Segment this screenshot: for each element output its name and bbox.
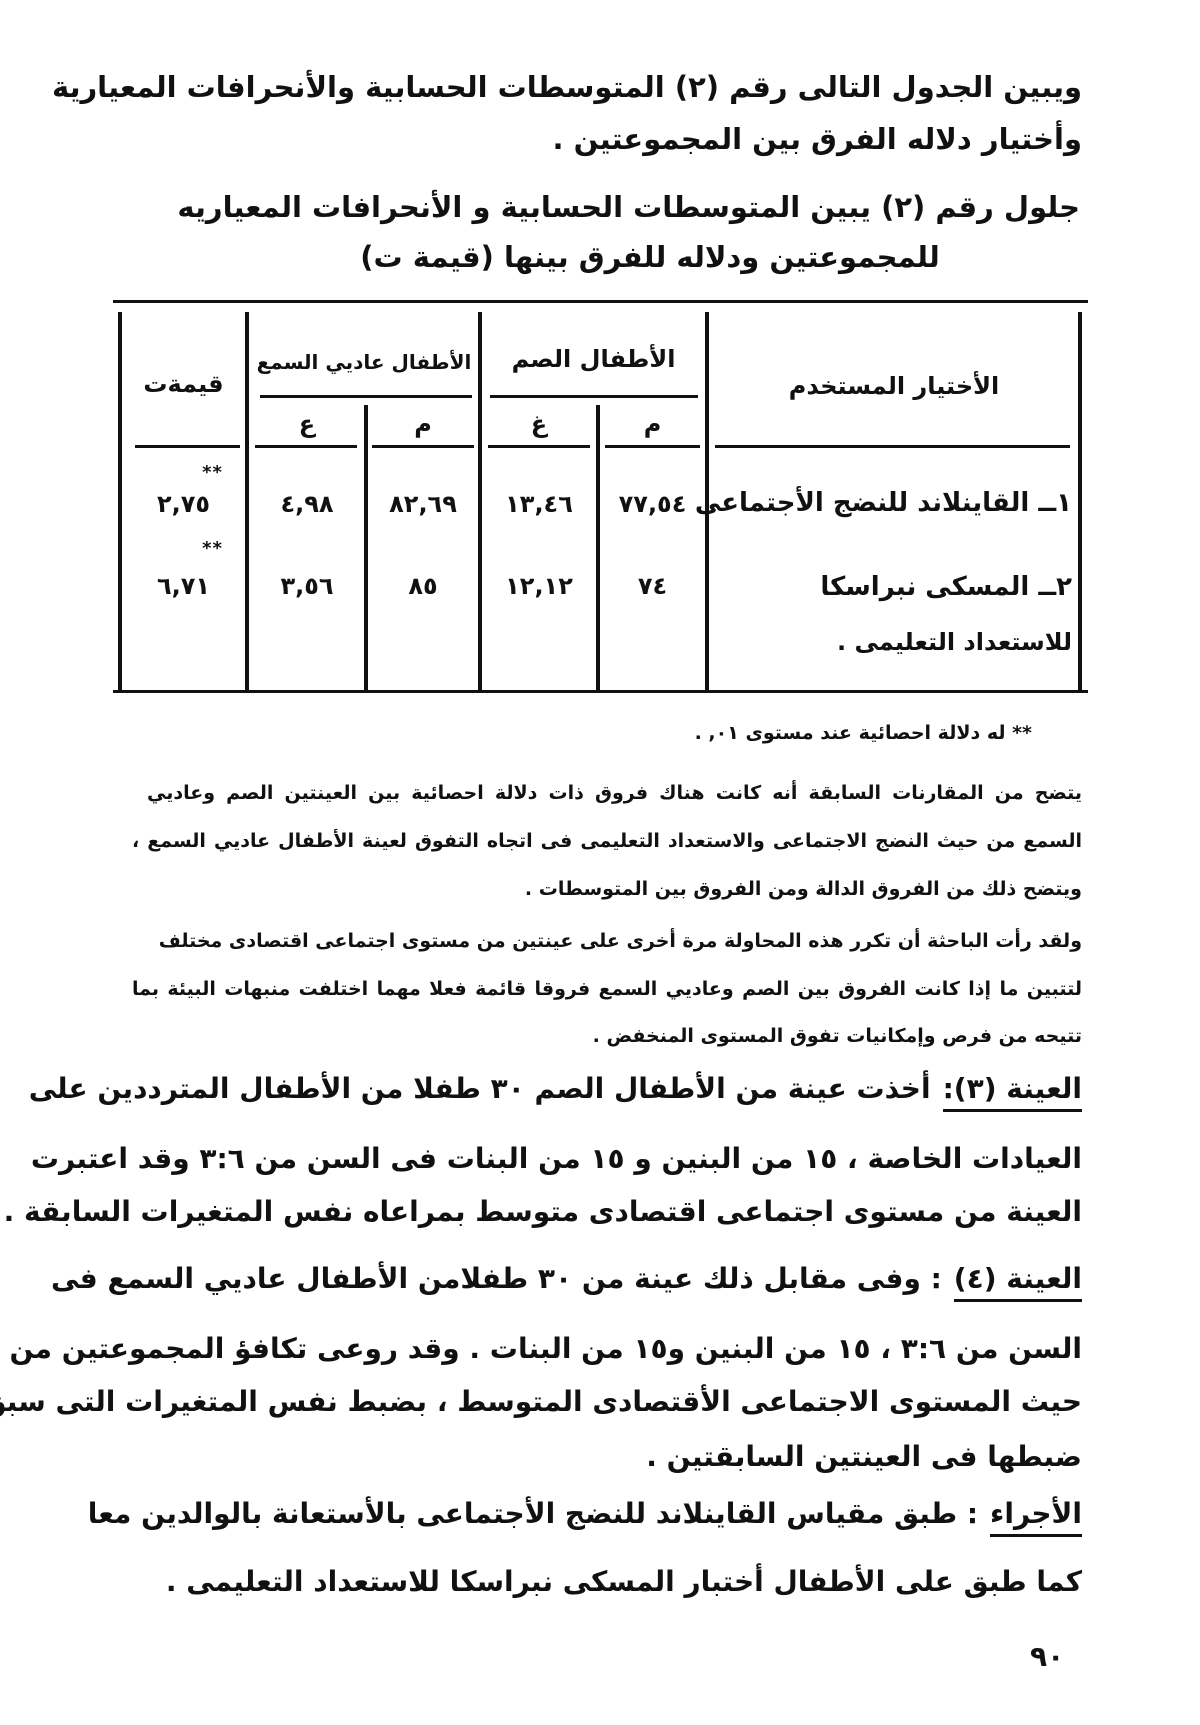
procedure-label: الأجراء [990, 1497, 1082, 1537]
row1-hearing-mean: ٨٢,٦٩ [368, 490, 478, 518]
page-number: ٩٠ [1030, 1640, 1064, 1673]
row1-t-value: ٢,٧٥ [122, 490, 245, 518]
header-hearing-mean: م [368, 410, 478, 438]
row2-deaf-mean: ٧٤ [600, 572, 705, 600]
sample-4-line-3: حيث المستوى الاجتماعى الأقتصادى المتوسط … [122, 1385, 1082, 1418]
sample-4-line-4: ضبطها فى العينتين السابقتين . [646, 1440, 1082, 1473]
sample-4-line-1: العينة (٤) : وفى مقابل ذلك عينة من ٣٠ طف… [122, 1262, 1082, 1302]
table-caption-line-2: للمجموعتين ودلاله للفرق بينها (قيمة ت) [220, 240, 1080, 274]
header-t-value: قيمةت [122, 370, 245, 398]
header-hearing-sd: ع [250, 410, 364, 438]
divider-deaf-sub [596, 405, 600, 690]
sample-4-line-2: السن من ٣:٦ ، ١٥ من البنين و١٥ من البنات… [122, 1332, 1082, 1365]
row2-hearing-mean: ٨٥ [368, 572, 478, 600]
deaf-mean-underline [605, 445, 700, 448]
header-deaf-mean: م [600, 410, 705, 438]
document-page: ويبين الجدول التالى رقم (٢) المتوسطات ال… [0, 0, 1200, 1725]
t-header-underline [135, 445, 240, 448]
divider-t-hearing [245, 312, 249, 690]
row1-significance: ** [190, 462, 235, 483]
sample-4-text-1: : وفى مقابل ذلك عينة من ٣٠ طفلامن الأطفا… [51, 1262, 942, 1302]
table-caption-line-1: جلول رقم (٢) يبين المتوسطات الحسابية و ا… [220, 190, 1080, 224]
sample-3-text-1: أخذت عينة من الأطفال الصم ٣٠ طفلا من الأ… [29, 1072, 931, 1112]
paragraph-1-line-1: يتضح من المقارنات السابقة أنه كانت هناك … [147, 782, 1082, 804]
header-test: الأختيار المستخدم [710, 372, 1078, 400]
header-hearing-group: الأطفال عاديي السمع [250, 350, 478, 374]
row2-significance: ** [190, 538, 235, 559]
row2-test-name-line-2: للاستعداد التعليمى . [837, 628, 1072, 656]
row2-deaf-sd: ١٢,١٢ [482, 572, 596, 600]
header-deaf-group: الأطفال الصم [482, 345, 705, 373]
deaf-sd-underline [488, 445, 590, 448]
table-right-border [1078, 312, 1082, 690]
deaf-group-underline [490, 395, 698, 398]
procedure-text-1: : طبق مقياس القاينلاند للنضج الأجتماعى ب… [88, 1497, 978, 1537]
divider-hearing-sub [364, 405, 368, 690]
hearing-mean-underline [372, 445, 474, 448]
paragraph-1-line-2: السمع من حيث النضج الاجتماعى والاستعداد … [132, 830, 1082, 852]
intro-line-2: وأختيار دلاله الفرق بين المجموعتين . [553, 122, 1082, 156]
table-footnote: ** له دلالة احصائية عند مستوى ٠١, . [695, 722, 1032, 744]
sample-3-line-1: العينة (٣): أخذت عينة من الأطفال الصم ٣٠… [122, 1072, 1082, 1112]
procedure-line-2: كما طبق على الأطفال أختبار المسكى نبراسك… [166, 1565, 1082, 1598]
table-bottom-rule [113, 690, 1088, 693]
paragraph-2-line-1: ولقد رأت الباحثة أن تكرر هذه المحاولة مر… [162, 930, 1082, 952]
table-top-rule [113, 300, 1088, 303]
hearing-sd-underline [255, 445, 357, 448]
procedure-line-1: الأجراء : طبق مقياس القاينلاند للنضج الأ… [122, 1497, 1082, 1537]
row1-hearing-sd: ٤,٩٨ [250, 490, 364, 518]
hearing-group-underline [260, 395, 472, 398]
row1-deaf-sd: ١٣,٤٦ [482, 490, 596, 518]
sample-3-label: العينة (٣): [943, 1072, 1082, 1112]
row1-test-name: ١ــ القاينلاند للنضج الأجتماعى [695, 488, 1072, 518]
row2-test-name-line-1: ٢ــ المسكى نبراسكا [820, 572, 1072, 602]
sample-4-label: العينة (٤) [954, 1262, 1082, 1302]
row2-t-value: ٦,٧١ [122, 572, 245, 600]
test-header-underline [715, 445, 1070, 448]
paragraph-2-line-2: لتتبين ما إذا كانت الفروق بين الصم وعادي… [132, 978, 1082, 1000]
intro-line-1: ويبين الجدول التالى رقم (٢) المتوسطات ال… [52, 70, 1082, 104]
header-deaf-sd: غ [482, 410, 596, 438]
paragraph-1-line-3: ويتضح ذلك من الفروق الدالة ومن الفروق بي… [525, 878, 1082, 900]
row1-deaf-mean: ٧٧,٥٤ [600, 490, 705, 518]
sample-3-line-2: العيادات الخاصة ، ١٥ من البنين و ١٥ من ا… [127, 1142, 1082, 1175]
paragraph-2-line-3: تتيحه من فرص وإمكانيات تفوق المستوى المن… [593, 1025, 1082, 1047]
sample-3-line-3: العينة من مستوى اجتماعى اقتصادى متوسط بم… [4, 1195, 1082, 1228]
row2-hearing-sd: ٣,٥٦ [250, 572, 364, 600]
